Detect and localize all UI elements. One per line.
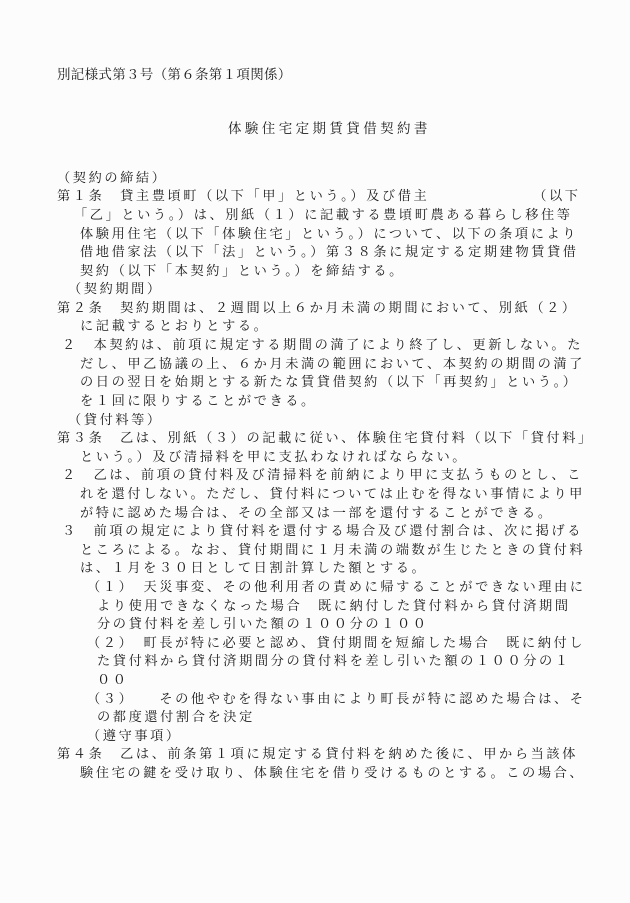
document-title: 体験住宅定期賃貸借契約書 bbox=[228, 120, 431, 138]
text-line: ２ 本契約は、前項に規定する期間の満了により終了し、更新しない。た bbox=[62, 337, 583, 355]
text-line: （契約の締結） bbox=[57, 170, 168, 188]
text-line: の日の翌日を始期とする新たな賃貸借契約（以下「再契約」という。） bbox=[80, 374, 579, 392]
text-line: ３ 前項の規定により貸付料を還付する場合及び還付割合は、次に掲げる bbox=[62, 523, 583, 541]
text-line: という。）及び清掃料を甲に支払わなければならない。 bbox=[80, 449, 468, 467]
text-line: （貸付料等） bbox=[68, 412, 163, 430]
form-label: 別記様式第３号（第６条第１項関係） bbox=[57, 66, 292, 84]
text-line: は、１月を３０日として日割計算した額とする。 bbox=[80, 560, 427, 578]
text-line: に記載するとおりとする。 bbox=[80, 318, 269, 336]
document-page: 別記様式第３号（第６条第１項関係） 体験住宅定期賃貸借契約書 （契約の締結）第１… bbox=[0, 0, 630, 903]
text-line: ２ 乙は、前項の貸付料及び清掃料を前納により甲に支払うものとし、こ bbox=[62, 467, 583, 485]
text-line: た貸付料から貸付済期間分の貸付料を差し引いた額の１００分の１ bbox=[97, 653, 571, 671]
text-line: （遵守事項） bbox=[87, 728, 182, 746]
text-line: 体験用住宅（以下「体験住宅」という。）について、以下の条項により bbox=[80, 226, 578, 244]
text-line: 第１条 貸主豊頃町（以下「甲」という。）及び借主 （以下 bbox=[57, 188, 581, 206]
text-line: （２） 町長が特に必要と認め、貸付期間を短縮した場合 既に納付し bbox=[87, 635, 585, 653]
text-line: を１回に限りすることができる。 bbox=[80, 393, 317, 411]
text-line: （３） その他やむを得ない事由により町長が特に認めた場合は、そ bbox=[87, 691, 586, 709]
text-line: れを還付しない。ただし、貸付料については止むを得ない事情により甲 bbox=[80, 486, 585, 504]
text-line: 契約（以下「本契約」という。）を締結する。 bbox=[80, 263, 405, 281]
text-line: 験住宅の鍵を受け取り、体験住宅を借り受けるものとする。この場合、 bbox=[80, 765, 585, 783]
text-line: 分の貸付料を差し引いた額の１００分の１００ bbox=[97, 616, 429, 634]
text-line: の都度還付割合を決定 bbox=[97, 709, 255, 727]
text-line: （契約期間） bbox=[68, 281, 163, 299]
text-line: ００ bbox=[97, 672, 129, 690]
text-line: ところによる。なお、貸付期間に１月未満の端数が生じたときの貸付料 bbox=[80, 542, 585, 560]
text-line: 借地借家法（以下「法」という。）第３８条に規定する定期建物賃貸借 bbox=[80, 244, 579, 262]
text-line: 第２条 契約期間は、２週間以上６か月未満の期間において、別紙（２） bbox=[57, 300, 578, 318]
text-line: （１） 天災事変、その他利用者の責めに帰することができない理由に bbox=[87, 579, 586, 597]
text-line: より使用できなくなった場合 既に納付した貸付料から貸付済期間 bbox=[97, 598, 571, 616]
text-line: 「乙」という。）は、別紙（１）に記載する豊頃町農ある暮らし移住等 bbox=[74, 207, 573, 225]
text-line: 第３条 乙は、別紙（３）の記載に従い、体験住宅貸付料（以下「貸付料」 bbox=[57, 430, 594, 448]
text-line: 第４条 乙は、前条第１項に規定する貸付料を納めた後に、甲から当該体 bbox=[57, 746, 578, 764]
text-line: だし、甲乙協議の上、６か月未満の範囲において、本契約の期間の満了 bbox=[80, 356, 585, 374]
text-line: が特に認めた場合は、その全部又は一部を還付することができる。 bbox=[80, 505, 554, 523]
